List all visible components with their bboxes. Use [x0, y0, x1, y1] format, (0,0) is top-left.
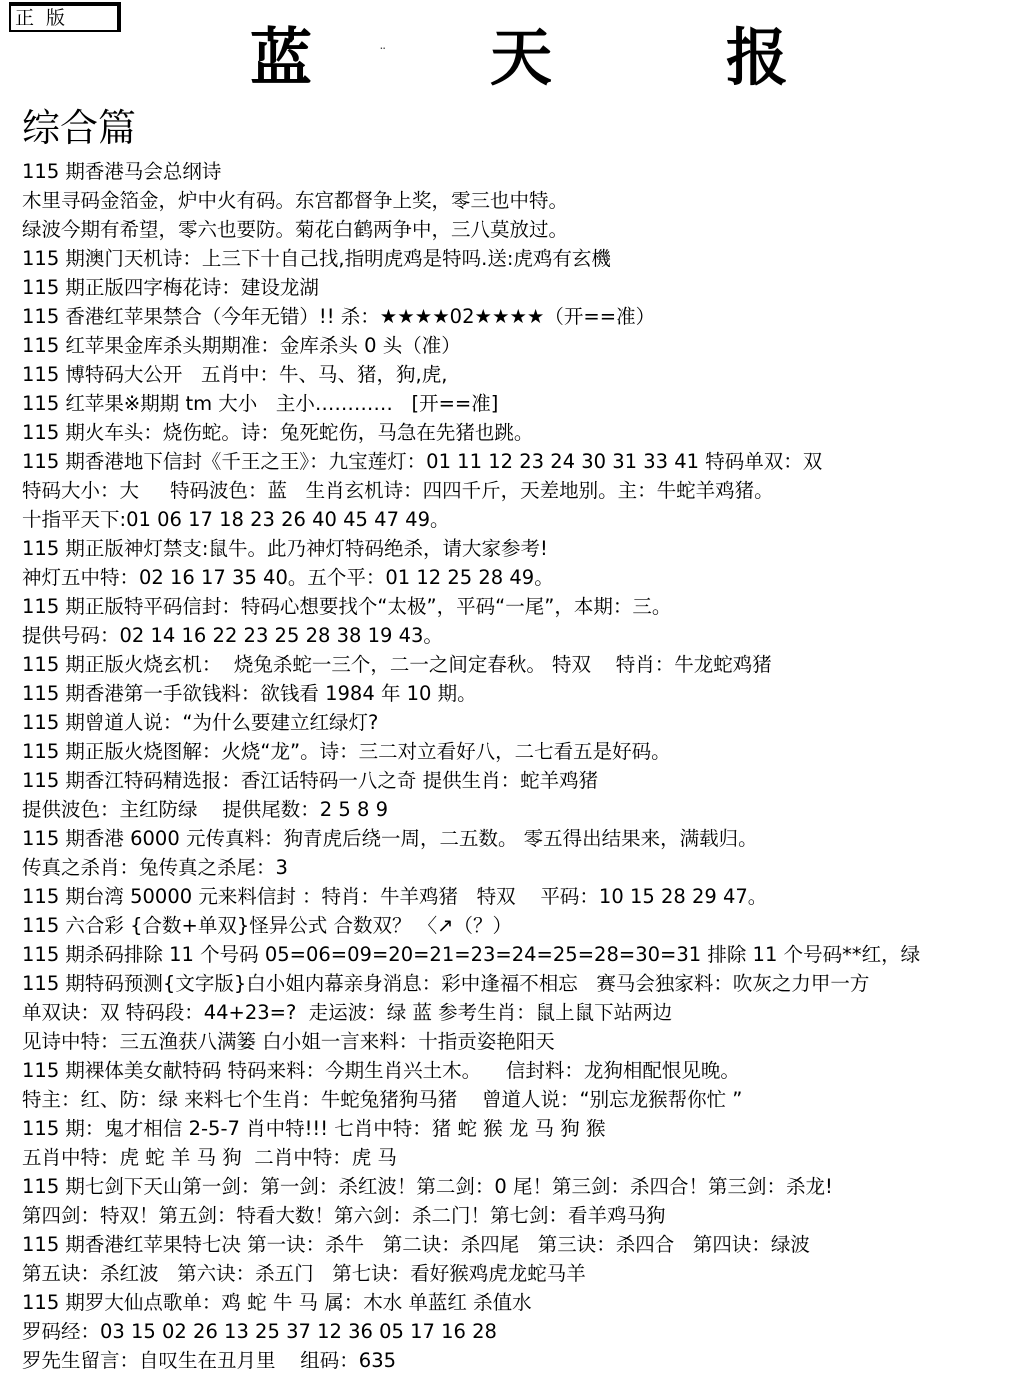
content-lines: 115 期香港马会总纲诗木里寻码金箔金，炉中火有码。东宫都督争上奖，零三也中特。…	[22, 157, 1012, 1375]
masthead-char-1: 蓝	[250, 22, 312, 94]
text-line: 115 期正版四字梅花诗：建设龙湖	[22, 273, 1012, 302]
text-line: 第五诀：杀红波 第六诀：杀五门 第七诀：看好猴鸡虎龙蛇马羊	[22, 1259, 1012, 1288]
section-title: 综合篇	[22, 104, 136, 152]
text-line: 115 期正版神灯禁支:鼠牛。此乃神灯特码绝杀，请大家参考!	[22, 534, 1012, 563]
text-line: 115 期火车头：烧伤蛇。诗：兔死蛇伤，马急在先猪也跳。	[22, 418, 1012, 447]
text-line: 115 香港红苹果禁合（今年无错）!! 杀：★★★★02★★★★（开==准）	[22, 302, 1012, 331]
text-line: 115 期澳门天机诗：上三下十自己找,指明虎鸡是特吗.送:虎鸡有玄機	[22, 244, 1012, 273]
text-line: 提供号码：02 14 16 22 23 25 28 38 19 43。	[22, 621, 1012, 650]
masthead-char-2: 天	[490, 22, 552, 94]
text-line: 115 期七剑下天山第一剑：第一剑：杀红波！第二剑：0 尾！第三剑：杀四合！第三…	[22, 1172, 1012, 1201]
text-line: 特主：红、防：绿 来料七个生肖：牛蛇兔猪狗马猪 曾道人说：“别忘龙猴帮你忙 ”	[22, 1085, 1012, 1114]
masthead-dots: ··	[380, 44, 386, 52]
text-line: 绿波今期有希望，零六也要防。菊花白鹤两争中，三八莫放过。	[22, 215, 1012, 244]
text-line: 115 期香江特码精选报：香江话特码一八之奇 提供生肖：蛇羊鸡猪	[22, 766, 1012, 795]
text-line: 115 期：鬼才相信 2-5-7 肖中特!!! 七肖中特：猪 蛇 猴 龙 马 狗…	[22, 1114, 1012, 1143]
text-line: 115 期正版火烧玄机： 烧兔杀蛇一三个，二一之间定春秋。 特双 特肖：牛龙蛇鸡…	[22, 650, 1012, 679]
text-line: 115 红苹果※期期 tm 大小 主小………… [开==准]	[22, 389, 1012, 418]
text-line: 115 期香港红苹果特七决 第一诀：杀牛 第二诀：杀四尾 第三诀：杀四合 第四诀…	[22, 1230, 1012, 1259]
masthead-title: 蓝 ·· 天 报	[0, 22, 1019, 94]
text-line: 五肖中特：虎 蛇 羊 马 狗 二肖中特：虎 马	[22, 1143, 1012, 1172]
text-line: 单双诀：双 特码段：44+23=? 走运波：绿 蓝 参考生肖：鼠上鼠下站两边	[22, 998, 1012, 1027]
text-line: 神灯五中特：02 16 17 35 40。五个平：01 12 25 28 49。	[22, 563, 1012, 592]
text-line: 传真之杀肖：兔传真之杀尾：3	[22, 853, 1012, 882]
text-line: 115 期正版特平码信封：特码心想要找个“太极”，平码“一尾”，本期：三。	[22, 592, 1012, 621]
text-line: 罗码经：03 15 02 26 13 25 37 12 36 05 17 16 …	[22, 1317, 1012, 1346]
text-line: 十指平天下:01 06 17 18 23 26 40 45 47 49。	[22, 505, 1012, 534]
text-line: 提供波色：主红防绿 提供尾数：2 5 8 9	[22, 795, 1012, 824]
text-line: 罗先生留言：自叹生在丑月里 组码：635	[22, 1346, 1012, 1375]
text-line: 115 红苹果金库杀头期期准：金库杀头 0 头（准）	[22, 331, 1012, 360]
text-line: 115 期罗大仙点歌单：鸡 蛇 牛 马 属：木水 单蓝红 杀值水	[22, 1288, 1012, 1317]
text-line: 115 期台湾 50000 元来料信封 ：特肖：牛羊鸡猪 特双 平码：10 15…	[22, 882, 1012, 911]
text-line: 115 期特码预测{文字版}白小姐内幕亲身消息：彩中逢福不相忘 赛马会独家料：吹…	[22, 969, 1012, 998]
text-line: 115 期香港 6000 元传真料：狗青虎后绕一周，二五数。 零五得出结果来，满…	[22, 824, 1012, 853]
text-line: 115 期曾道人说：“为什么要建立红绿灯?	[22, 708, 1012, 737]
text-line: 见诗中特：三五渔获八满篓 白小姐一言来料：十指贡姿艳阳天	[22, 1027, 1012, 1056]
text-line: 115 期香港马会总纲诗	[22, 157, 1012, 186]
text-line: 特码大小：大 特码波色：蓝 生肖玄机诗：四四千斤，天差地别。主：牛蛇羊鸡猪。	[22, 476, 1012, 505]
text-line: 115 期正版火烧图解：火烧“龙”。诗：三二对立看好八，二七看五是好码。	[22, 737, 1012, 766]
masthead-char-3: 报	[726, 22, 788, 94]
text-line: 木里寻码金箔金，炉中火有码。东宫都督争上奖，零三也中特。	[22, 186, 1012, 215]
text-line: 115 期香港地下信封《千王之王》：九宝莲灯：01 11 12 23 24 30…	[22, 447, 1012, 476]
text-line: 115 期杀码排除 11 个号码 05=06=09=20=21=23=24=25…	[22, 940, 1012, 969]
text-line: 115 期香港第一手欲钱料：欲钱看 1984 年 10 期。	[22, 679, 1012, 708]
text-line: 115 六合彩 {合数+单双}怪异公式 合数双？ 〈↗（？）	[22, 911, 1012, 940]
text-line: 115 博特码大公开 五肖中：牛、马、猪，狗,虎,	[22, 360, 1012, 389]
text-line: 第四剑：特双！第五剑：特看大数！第六剑：杀二门！第七剑：看羊鸡马狗	[22, 1201, 1012, 1230]
text-line: 115 期裸体美女献特码 特码来料：今期生肖兴土木。 信封料：龙狗相配恨见晚。	[22, 1056, 1012, 1085]
